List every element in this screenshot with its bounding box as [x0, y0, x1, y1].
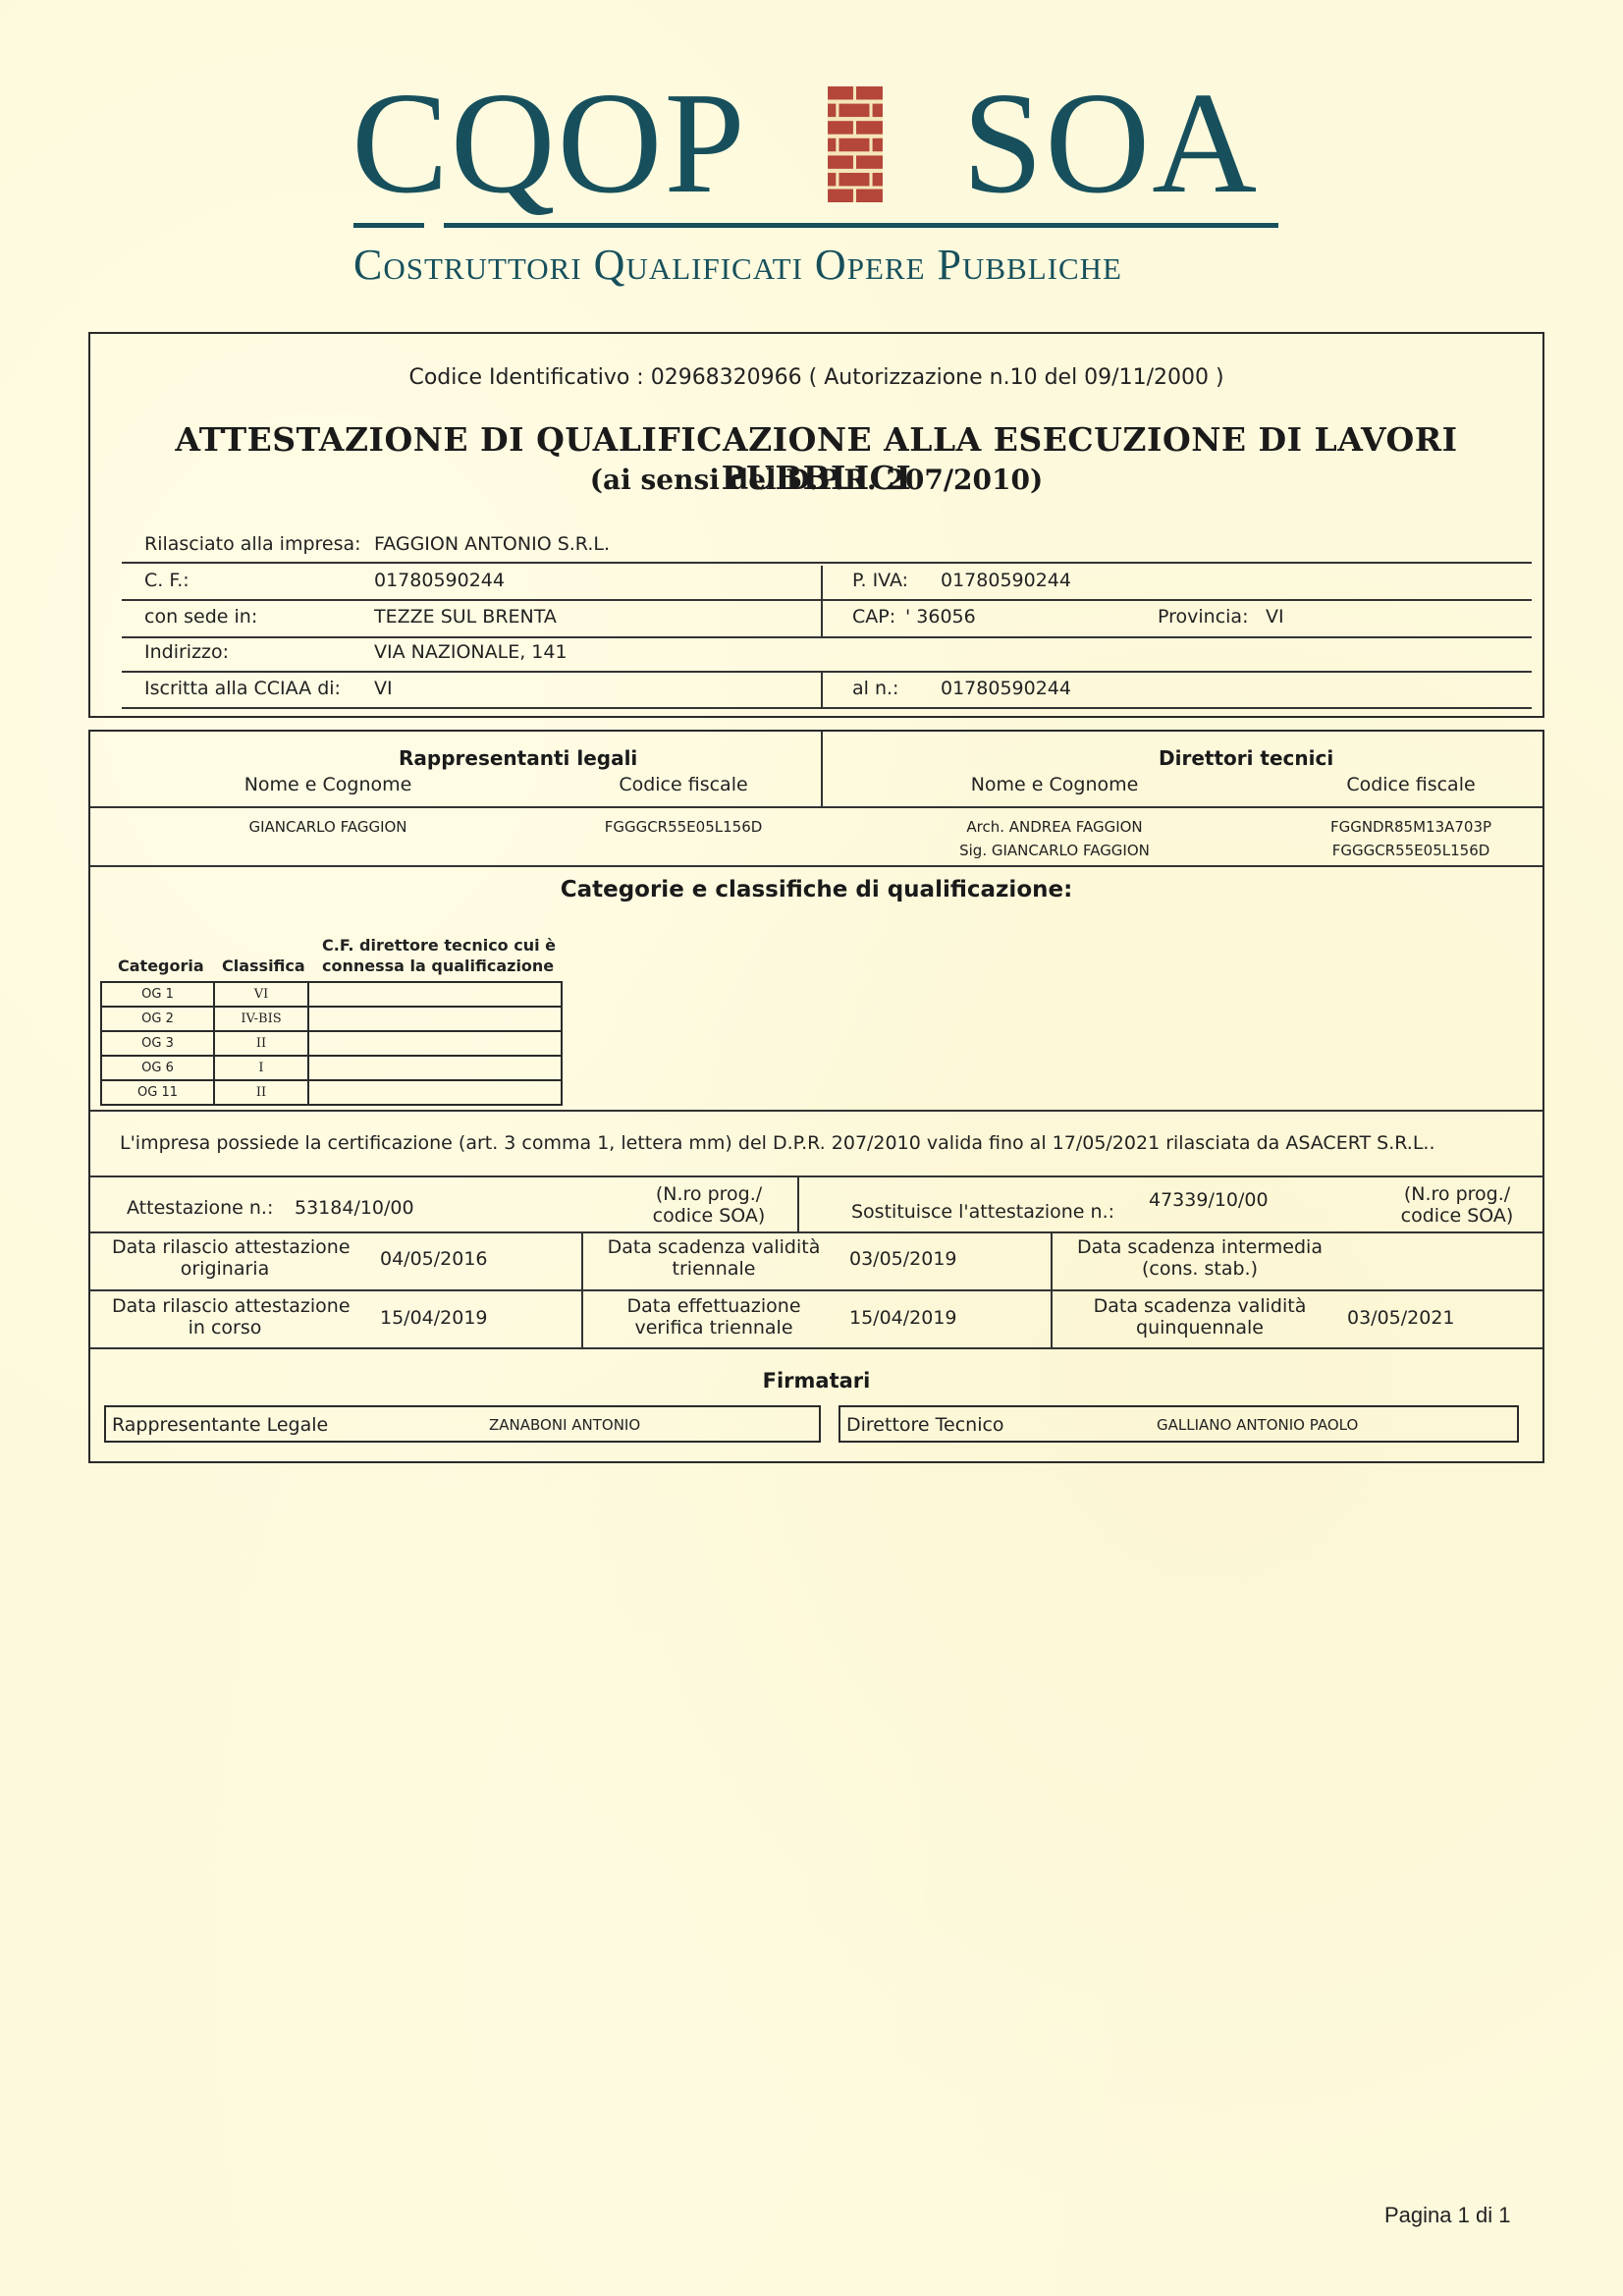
- direttori-col-name: Nome e Cognome: [971, 774, 1139, 795]
- rilascio-originaria-value: 04/05/2016: [380, 1248, 488, 1270]
- divider: [122, 636, 1532, 638]
- categoria-cell: OG 1: [101, 982, 214, 1007]
- logo-rule: [353, 223, 424, 228]
- sede-label: con sede in:: [144, 606, 257, 628]
- divider: [122, 562, 1532, 564]
- divider: [90, 1110, 1542, 1112]
- scadenza-triennale-value: 03/05/2019: [849, 1248, 957, 1270]
- cap-value: ' 36056: [905, 606, 976, 628]
- divider: [90, 806, 1542, 808]
- rappresentante-legale-label: Rappresentante Legale: [112, 1414, 328, 1436]
- cf-direttore-cell: [308, 982, 562, 1007]
- direttore-cf: FGGGCR55E05L156D: [1332, 842, 1490, 859]
- piva-value: 01780590244: [941, 570, 1071, 591]
- firmatario-direttore: Direttore Tecnico GALLIANO ANTONIO PAOLO: [839, 1405, 1519, 1443]
- rappresentanti-title: Rappresentanti legali: [399, 746, 637, 770]
- categoria-row: OG 6I: [101, 1056, 562, 1080]
- verifica-triennale-value: 15/04/2019: [849, 1307, 957, 1329]
- categorie-col-cf-line2: connessa la qualificazione: [322, 957, 554, 975]
- divider: [821, 566, 823, 601]
- categoria-cell: OG 6: [101, 1056, 214, 1080]
- attestazione-label: Attestazione n.:: [127, 1197, 273, 1219]
- rappresentante-name: GIANCARLO FAGGION: [248, 818, 406, 836]
- cf-direttore-cell: [308, 1031, 562, 1056]
- cciaa-label: Iscritta alla CCIAA di:: [144, 678, 341, 699]
- classifica-cell: II: [214, 1080, 308, 1105]
- firmatario-rappresentante: Rappresentante Legale ZANABONI ANTONIO: [104, 1405, 821, 1443]
- direttori-col-cf: Codice fiscale: [1346, 774, 1475, 795]
- piva-label: P. IVA:: [852, 570, 908, 591]
- divider: [90, 1347, 1542, 1349]
- divider: [821, 673, 823, 708]
- direttore-name: Sig. GIANCARLO FAGGION: [959, 842, 1150, 859]
- divider: [90, 865, 1542, 867]
- divider: [90, 1175, 1542, 1177]
- classifica-cell: II: [214, 1031, 308, 1056]
- divider: [821, 601, 823, 636]
- scadenza-quinquennale-label: Data scadenza validità quinquennale: [1072, 1295, 1327, 1339]
- cf-direttore-cell: [308, 1080, 562, 1105]
- categorie-title: Categorie e classifiche di qualificazion…: [90, 877, 1542, 902]
- sostituisce-value: 47339/10/00: [1149, 1189, 1269, 1211]
- firmatari-title: Firmatari: [90, 1369, 1542, 1393]
- cf-direttore-cell: [308, 1007, 562, 1031]
- divider: [821, 732, 823, 807]
- logo-tagline: Costruttori Qualificati Opere Pubbliche: [353, 244, 1281, 287]
- certificazione-text: L'impresa possiede la certificazione (ar…: [120, 1132, 1435, 1154]
- direttori-title: Direttori tecnici: [1159, 746, 1333, 770]
- logo-rule: [444, 223, 1278, 228]
- scadenza-intermedia-label: Data scadenza intermedia (cons. stab.): [1072, 1236, 1327, 1280]
- scadenza-quinquennale-value: 03/05/2021: [1347, 1307, 1455, 1329]
- rilasciato-label: Rilasciato alla impresa:: [144, 533, 361, 555]
- rappresentanti-col-cf: Codice fiscale: [619, 774, 747, 795]
- attestazione-value: 53184/10/00: [295, 1197, 414, 1219]
- classifica-cell: I: [214, 1056, 308, 1080]
- cf-value: 01780590244: [374, 570, 505, 591]
- direttore-tecnico-label: Direttore Tecnico: [846, 1414, 1004, 1436]
- sostituisce-note: (N.ro prog./ codice SOA): [1388, 1183, 1526, 1227]
- categorie-col-classifica: Classifica: [222, 957, 305, 975]
- indirizzo-label: Indirizzo:: [144, 641, 229, 663]
- rilascio-corso-value: 15/04/2019: [380, 1307, 488, 1329]
- direttore-tecnico-name: GALLIANO ANTONIO PAOLO: [1157, 1416, 1358, 1434]
- logo-cqop-text: CQOP: [352, 71, 747, 216]
- codice-identificativo: Codice Identificativo : 02968320966 ( Au…: [90, 365, 1542, 390]
- classifica-cell: VI: [214, 982, 308, 1007]
- al-n-label: al n.:: [852, 678, 898, 699]
- scadenza-triennale-label: Data scadenza validità triennale: [601, 1236, 827, 1280]
- direttore-name: Arch. ANDREA FAGGION: [966, 818, 1142, 836]
- provincia-label: Provincia:: [1158, 606, 1248, 628]
- divider: [90, 1231, 1542, 1233]
- sostituisce-label: Sostituisce l'attestazione n.:: [851, 1201, 1114, 1223]
- categorie-col-categoria: Categoria: [118, 957, 204, 975]
- indirizzo-value: VIA NAZIONALE, 141: [374, 641, 568, 663]
- page-number: Pagina 1 di 1: [1384, 2203, 1510, 2228]
- al-n-value: 01780590244: [941, 678, 1071, 699]
- direttore-cf: FGGNDR85M13A703P: [1330, 818, 1491, 836]
- rappresentante-legale-name: ZANABONI ANTONIO: [489, 1416, 640, 1434]
- rappresentante-cf: FGGGCR55E05L156D: [605, 818, 763, 836]
- categorie-col-cf-line1: C.F. direttore tecnico cui è: [322, 936, 556, 955]
- logo-soa-text: SOA: [962, 71, 1259, 216]
- categoria-cell: OG 11: [101, 1080, 214, 1105]
- cciaa-value: VI: [374, 678, 393, 699]
- categorie-table: OG 1VIOG 2IV-BISOG 3IIOG 6IOG 11II: [100, 981, 563, 1106]
- rilasciato-value: FAGGION ANTONIO S.R.L.: [374, 533, 610, 555]
- rilascio-corso-label: Data rilascio attestazione in corso: [112, 1295, 338, 1339]
- divider: [122, 671, 1532, 673]
- document-subtitle: (ai sensi del D.P.R. 207/2010): [90, 464, 1542, 496]
- rilascio-originaria-label: Data rilascio attestazione originaria: [112, 1236, 338, 1280]
- cf-label: C. F.:: [144, 570, 189, 591]
- rappresentanti-col-name: Nome e Cognome: [244, 774, 412, 795]
- divider: [797, 1176, 799, 1231]
- cf-direttore-cell: [308, 1056, 562, 1080]
- divider: [122, 599, 1532, 601]
- company-info-box: Codice Identificativo : 02968320966 ( Au…: [88, 332, 1544, 718]
- categoria-cell: OG 3: [101, 1031, 214, 1056]
- attestazione-note: (N.ro prog./ codice SOA): [640, 1183, 778, 1227]
- qualification-box: Rappresentanti legali Nome e Cognome Cod…: [88, 730, 1544, 1463]
- categoria-row: OG 11II: [101, 1080, 562, 1105]
- provincia-value: VI: [1266, 606, 1284, 628]
- categoria-row: OG 3II: [101, 1031, 562, 1056]
- divider: [90, 1289, 1542, 1291]
- classifica-cell: IV-BIS: [214, 1007, 308, 1031]
- categoria-cell: OG 2: [101, 1007, 214, 1031]
- divider: [122, 707, 1532, 709]
- sede-value: TEZZE SUL BRENTA: [374, 606, 557, 628]
- categoria-row: OG 2IV-BIS: [101, 1007, 562, 1031]
- verifica-triennale-label: Data effettuazione verifica triennale: [601, 1295, 827, 1339]
- categoria-row: OG 1VI: [101, 982, 562, 1007]
- cap-label: CAP:: [852, 606, 895, 628]
- brick-wall-icon: [828, 86, 883, 202]
